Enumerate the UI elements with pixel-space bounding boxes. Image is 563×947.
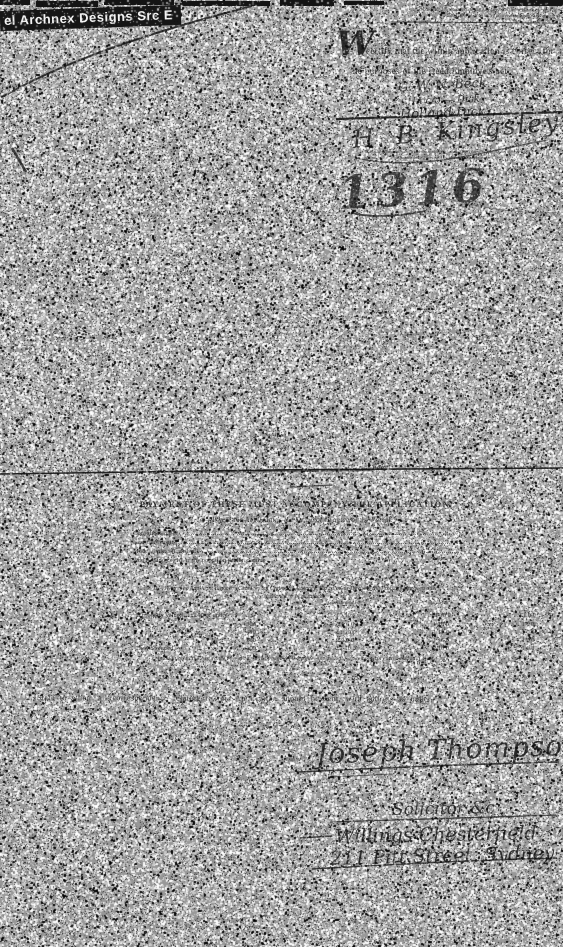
- divider-annotation: Fees: [372, 464, 388, 472]
- cell-extra-fee: 1 0 0: [496, 645, 560, 652]
- document-page: el Archnex Designs Src E applicable of I…: [0, 0, 563, 947]
- row-amount: 300: [216, 621, 256, 628]
- fee-label: Consolidated Fee: [133, 530, 178, 537]
- dotted-leader: [178, 543, 451, 544]
- signature-fine-print: If available herewith and if not the wit…: [330, 149, 560, 161]
- fees-case2-line: assigned or bequeathed.: [115, 593, 475, 601]
- fee-list-row: New Certificate 1s.: [133, 537, 463, 546]
- certify-line: certify that the within application is c…: [366, 46, 554, 56]
- cell-government-fee: £2 0 0: [311, 637, 381, 644]
- cell-extra-fee: 1 0 0: [496, 629, 560, 636]
- torn-edge-fragment: [0, 0, 30, 5]
- fee-list-row: Consolidated Fee 7s.: [133, 528, 463, 537]
- cell-stamp-duty: 1 15 0: [406, 637, 476, 644]
- cell-stamp-duty: 2 10 0: [406, 645, 476, 652]
- docket-number: 1316: [337, 158, 492, 220]
- cell-government-fee: £2 10 0: [311, 645, 381, 652]
- fee-table-row: If property valued at £200 or under £0 1…: [128, 612, 560, 621]
- fees-case1-note: Ia.—Where the Applicant is the Original …: [130, 516, 460, 524]
- cell-government-fee: £1 0 0: [311, 621, 381, 628]
- certify-line: the purposes of the Deed Employe's act.: [350, 66, 510, 76]
- cell-government-fee: £1 10 0: [311, 629, 381, 636]
- address-field-label: (if any): [292, 864, 307, 869]
- fee-list-row: Model (unless furnished): [133, 546, 463, 555]
- dotted-leader: [202, 552, 459, 553]
- torn-edge-fragment: [104, 0, 174, 5]
- correspondence-note: ☞State to whom all correspondence relati…: [24, 692, 554, 705]
- table-column-header: Stamp Duty: [400, 601, 480, 606]
- pointing-hand-icon: ☞: [24, 692, 33, 703]
- row-amount: 500: [216, 637, 256, 644]
- occupation-field-label: Occupation: [276, 814, 299, 819]
- torn-edge-fragment: [182, 1, 270, 6]
- date-field-label: Date: [286, 758, 296, 763]
- row-label: If property valued at £200 or under: [136, 612, 227, 619]
- torn-edge-fragment: [36, 1, 98, 7]
- fee-label: Model (unless furnished): [133, 548, 198, 555]
- fee-value: 1s.: [456, 539, 463, 546]
- cell-stamp-duty: £1 10 0: [406, 612, 476, 619]
- fees-case2-line: II.—Where the Applicant is not the Grant…: [115, 585, 475, 593]
- fee-label: Add Assurance, 1d. in the pound on decla…: [133, 557, 266, 564]
- fine-print-line: £20 rather to dealing by power date for …: [390, 13, 560, 20]
- fee-table-footnote: In addition to the Assurance Fee of 1d. …: [131, 656, 476, 662]
- cell-stamp-duty: 1 10 0: [406, 629, 476, 636]
- dotted-leader: [182, 534, 451, 535]
- fee-value: 7s.: [456, 530, 463, 537]
- fees-case2-note: II.—Where the Applicant is not the Grant…: [115, 585, 475, 601]
- cell-extra-fee: 1 0 0: [496, 621, 560, 628]
- certify-initial: W: [336, 24, 374, 64]
- cell-stamp-duty: 1 10 0: [406, 621, 476, 628]
- table-column-header: Government Fee: [305, 601, 385, 606]
- torn-edge-fragment: [280, 0, 334, 6]
- cell-extra-fee: £1 0 0: [496, 612, 560, 619]
- cell-government-fee: £0 10 0: [311, 612, 381, 619]
- torn-edge-fragment: [344, 1, 384, 5]
- occupation-handwritten: Solicitor &c: [392, 798, 495, 820]
- fee-list-row: Add Assurance, 1d. in the pound on decla…: [133, 555, 463, 564]
- row-label: Duly Stamped: [136, 645, 173, 652]
- top-right-fine-print: applicable of I d bold Royald western Ga…: [390, 1, 560, 23]
- fee-table-row: Duly Stamped 100 £2 10 0 2 10 0 1 0 0: [128, 645, 560, 654]
- row-amount: 400: [216, 629, 256, 636]
- row-amount: 100: [216, 645, 256, 652]
- fee-label: New Certificate: [133, 539, 174, 546]
- fees-section-heading: PAYMENT OF THESE MUST ACCOMPANY THE APPL…: [130, 500, 460, 509]
- correspondence-note-text: State to whom all correspondence relatin…: [37, 693, 433, 703]
- cell-extra-fee: 1 0 0: [496, 637, 560, 644]
